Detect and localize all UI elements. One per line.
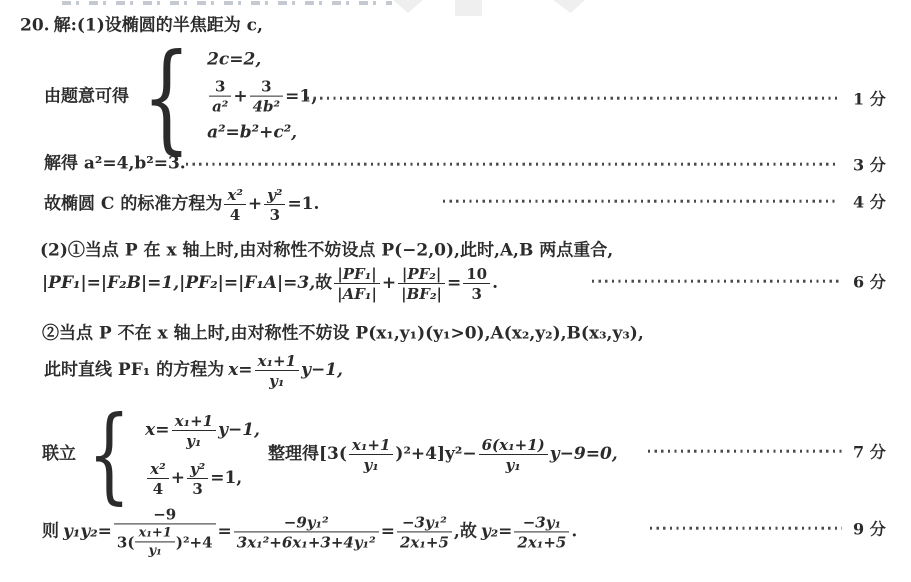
fraction: −9y₁² 3x₁²+6x₁+3+4y₁² (234, 513, 379, 551)
case2-text: ②当点 P 不在 x 轴上时,由对称性不妨设 P(x₁,y₁)(y₁>0),A(… (42, 323, 644, 344)
pf1-pre: 此时直线 PF₁ 的方程为 (44, 360, 224, 381)
left-brace: { (88, 412, 131, 497)
plus-sign: + (382, 273, 396, 294)
ratio-pre: |PF₁|=|F₂B|=1,|PF₂|=|F₁A|=3, (42, 273, 315, 294)
equals-sign: = (447, 273, 461, 294)
union-lead: 联立 (42, 444, 76, 465)
fraction: x² 4 (224, 186, 246, 224)
rearranged-equation: 整理得[3( x₁+1 y₁ )²+4]y²− 6(x₁+1) y₁ y−9=0… (268, 436, 618, 474)
fraction: 3 a² (209, 78, 231, 116)
score-mark-9: 9 分 (853, 517, 886, 540)
ratio-tail: . (492, 273, 498, 294)
line-final-chain: 则 y₁y₂= −9 3( x₁+1 y₁ )²+4 = −9y₁² 3x₁²+… (42, 505, 577, 558)
equation-system-1: 由题意可得 { 2c=2, 3 a² + 3 4b² =1, a²=b²+c², (44, 49, 317, 146)
problem-number: 20. (20, 15, 50, 36)
score-mark-6: 6 分 (853, 270, 886, 293)
fraction: −3y₁² 2x₁+5 (397, 513, 452, 551)
system-equations: 2c=2, 3 a² + 3 4b² =1, a²=b²+c², (207, 50, 317, 145)
solve-text: 解得 a²=4,b²=3. (44, 153, 186, 174)
fraction: y² 3 (264, 186, 285, 224)
fraction: |PF₁| |AF₁| (334, 265, 380, 303)
plus-sign: + (233, 86, 247, 107)
line-union-system: 联立 { x= x₁+1 y₁ y−1, x² 4 + y² 3 (42, 412, 618, 498)
score-mark-7: 7 分 (853, 440, 886, 463)
union-eq1: x= x₁+1 y₁ y−1, (145, 412, 260, 450)
fraction: y² 3 (187, 460, 208, 498)
fraction: |PF₂| |BF₂| (398, 265, 445, 303)
fraction: 3 4b² (250, 78, 284, 116)
system-eq2: 3 a² + 3 4b² =1, (207, 78, 317, 116)
pf1-tail: y−1, (301, 360, 343, 381)
fraction: x₁+1 y₁ (172, 412, 217, 450)
system-eq3: a²=b²+c², (207, 123, 297, 144)
score-mark-1: 1 分 (853, 87, 886, 110)
line-standard-equation: 故椭圆 C 的标准方程为 x² 4 + y² 3 =1. (44, 186, 319, 224)
union-eq2: x² 4 + y² 3 =1, (145, 460, 242, 498)
watermark-shape (455, 0, 482, 16)
watermark-shape (553, 0, 585, 13)
line-case1-setup: (2)①当点 P 在 x 轴上时,由对称性不妨设点 P(−2,0),此时,A,B… (40, 240, 613, 261)
fraction: x₁+1 y₁ (135, 525, 174, 558)
fraction: 10 3 (463, 265, 490, 303)
line-case2-setup: ②当点 P 不在 x 轴上时,由对称性不妨设 P(x₁,y₁)(y₁>0),A(… (42, 323, 644, 344)
fraction: x² 4 (147, 460, 169, 498)
case1-text: (2)①当点 P 在 x 轴上时,由对称性不妨设点 P(−2,0),此时,A,B… (40, 240, 613, 261)
system-eq1: 2c=2, (207, 50, 261, 71)
final-y1y2: y₁y₂= (63, 521, 112, 542)
clipped-previous-line (62, 1, 392, 5)
dotted-leader (650, 527, 842, 530)
dotted-leader (648, 450, 842, 453)
plus-sign: + (248, 194, 262, 215)
fraction: 6(x₁+1) y₁ (479, 436, 548, 474)
score-mark-3: 3 分 (853, 153, 886, 176)
union-equations: x= x₁+1 y₁ y−1, x² 4 + y² 3 =1, (145, 412, 260, 498)
pf1-x-eq: x= (228, 360, 252, 381)
equals-sign: = (218, 521, 232, 542)
watermark-shape (393, 0, 423, 13)
fraction: x₁+1 y₁ (255, 352, 300, 390)
dotted-leader (186, 163, 838, 166)
std-tail: =1. (287, 194, 319, 215)
std-pre: 故椭圆 C 的标准方程为 (44, 194, 222, 215)
system-lead: 由题意可得 (44, 86, 129, 107)
plus-sign: + (171, 468, 185, 489)
left-brace: { (142, 49, 191, 146)
line-pf1-equation: 此时直线 PF₁ 的方程为 x= x₁+1 y₁ y−1, (44, 352, 343, 390)
line-solve: 解得 a²=4,b²=3. (44, 153, 186, 174)
fraction: x₁+1 y₁ (349, 436, 394, 474)
dotted-leader (443, 200, 838, 203)
gu-text: 故 (315, 273, 332, 294)
document-page: 20. 解:(1)设椭圆的半焦距为 c, 由题意可得 { 2c=2, 3 a² … (0, 0, 911, 582)
fraction-nested: −9 3( x₁+1 y₁ )²+4 (114, 505, 216, 558)
equals-sign: = (381, 521, 395, 542)
line-case1-ratios: |PF₁|=|F₂B|=1,|PF₂|=|F₁A|=3, 故 |PF₁| |AF… (42, 265, 498, 303)
dotted-leader (592, 280, 842, 283)
score-mark-4: 4 分 (853, 190, 886, 213)
fraction: −3y₁ 2x₁+5 (514, 513, 569, 551)
dotted-leader (307, 97, 838, 100)
final-pre: 则 (42, 521, 59, 542)
